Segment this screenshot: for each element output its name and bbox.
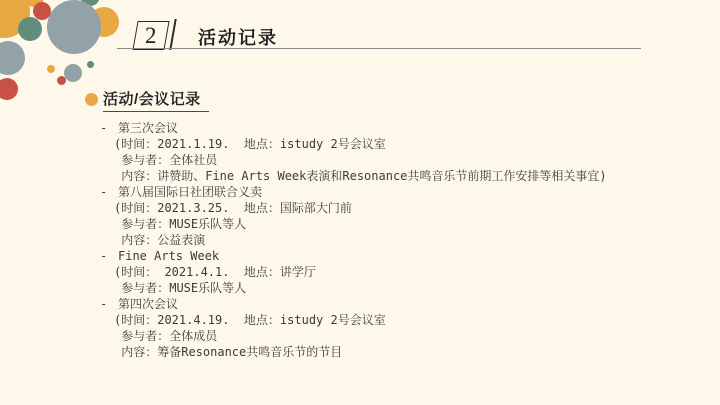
title-underline [117, 48, 641, 49]
section-number-slash-decoration [169, 19, 176, 50]
record-item: -第三次会议 (时间：2021.1.19. 地点：istudy 2号会议室 参与… [99, 120, 674, 184]
record-item: -第四次会议 (时间：2021.4.19. 地点：istudy 2号会议室 参与… [99, 296, 674, 360]
record-detail-line: 参与者：MUSE乐队等人 [99, 280, 674, 296]
record-detail-line: 参与者：MUSE乐队等人 [99, 216, 674, 232]
record-detail-line: (时间：2021.4.19. 地点：istudy 2号会议室 [99, 312, 674, 328]
record-title-row: -第三次会议 [99, 120, 674, 136]
record-detail-line: 参与者：全体成员 [99, 328, 674, 344]
record-dash: - [99, 296, 118, 312]
bullet-dot-icon [85, 93, 98, 106]
section-number-box: 2 [132, 21, 169, 50]
section-number: 2 [145, 24, 157, 47]
record-item: -Fine Arts Week (时间： 2021.4.1. 地点：讲学厅 参与… [99, 248, 674, 296]
decor-circle-red-left [0, 78, 18, 100]
record-item: -第八届国际日社团联合义卖 (时间：2021.3.25. 地点：国际部大门前 参… [99, 184, 674, 248]
record-detail-line: 内容：筹备Resonance共鸣音乐节的节目 [99, 344, 674, 360]
record-dash: - [99, 248, 118, 264]
record-detail-line: (时间：2021.3.25. 地点：国际部大门前 [99, 200, 674, 216]
records-list: -第三次会议 (时间：2021.1.19. 地点：istudy 2号会议室 参与… [99, 120, 674, 360]
record-dash: - [99, 184, 118, 200]
decor-circle-teal-mid [18, 17, 42, 41]
record-detail-line: 参与者：全体社员 [99, 152, 674, 168]
record-detail-line: (时间：2021.1.19. 地点：istudy 2号会议室 [99, 136, 674, 152]
record-title: 第四次会议 [118, 297, 178, 311]
record-detail-line: 内容：公益表演 [99, 232, 674, 248]
record-title: Fine Arts Week [118, 249, 219, 263]
decor-circle-gray-large [47, 0, 101, 54]
record-detail-line: 内容：讲赞助、Fine Arts Week表演和Resonance共鸣音乐节前期… [99, 168, 674, 184]
record-dash: - [99, 120, 118, 136]
record-title-row: -第四次会议 [99, 296, 674, 312]
record-title-row: -Fine Arts Week [99, 248, 674, 264]
record-detail-line: (时间： 2021.4.1. 地点：讲学厅 [99, 264, 674, 280]
slide-canvas: 2 活动记录 活动/会议记录 -第三次会议 (时间：2021.1.19. 地点：… [0, 0, 720, 405]
section-header-underline [103, 111, 209, 112]
record-title-row: -第八届国际日社团联合义卖 [99, 184, 674, 200]
decor-dot-red-small [57, 76, 66, 85]
page-title: 活动记录 [198, 24, 278, 50]
record-title: 第三次会议 [118, 121, 178, 135]
decor-dot-yellow-small [47, 65, 55, 73]
record-title: 第八届国际日社团联合义卖 [118, 185, 262, 199]
section-header: 活动/会议记录 [103, 88, 201, 109]
decor-dot-teal-small [87, 61, 94, 68]
decor-circle-gray-small [64, 64, 82, 82]
decor-circle-gray-left [0, 41, 25, 75]
